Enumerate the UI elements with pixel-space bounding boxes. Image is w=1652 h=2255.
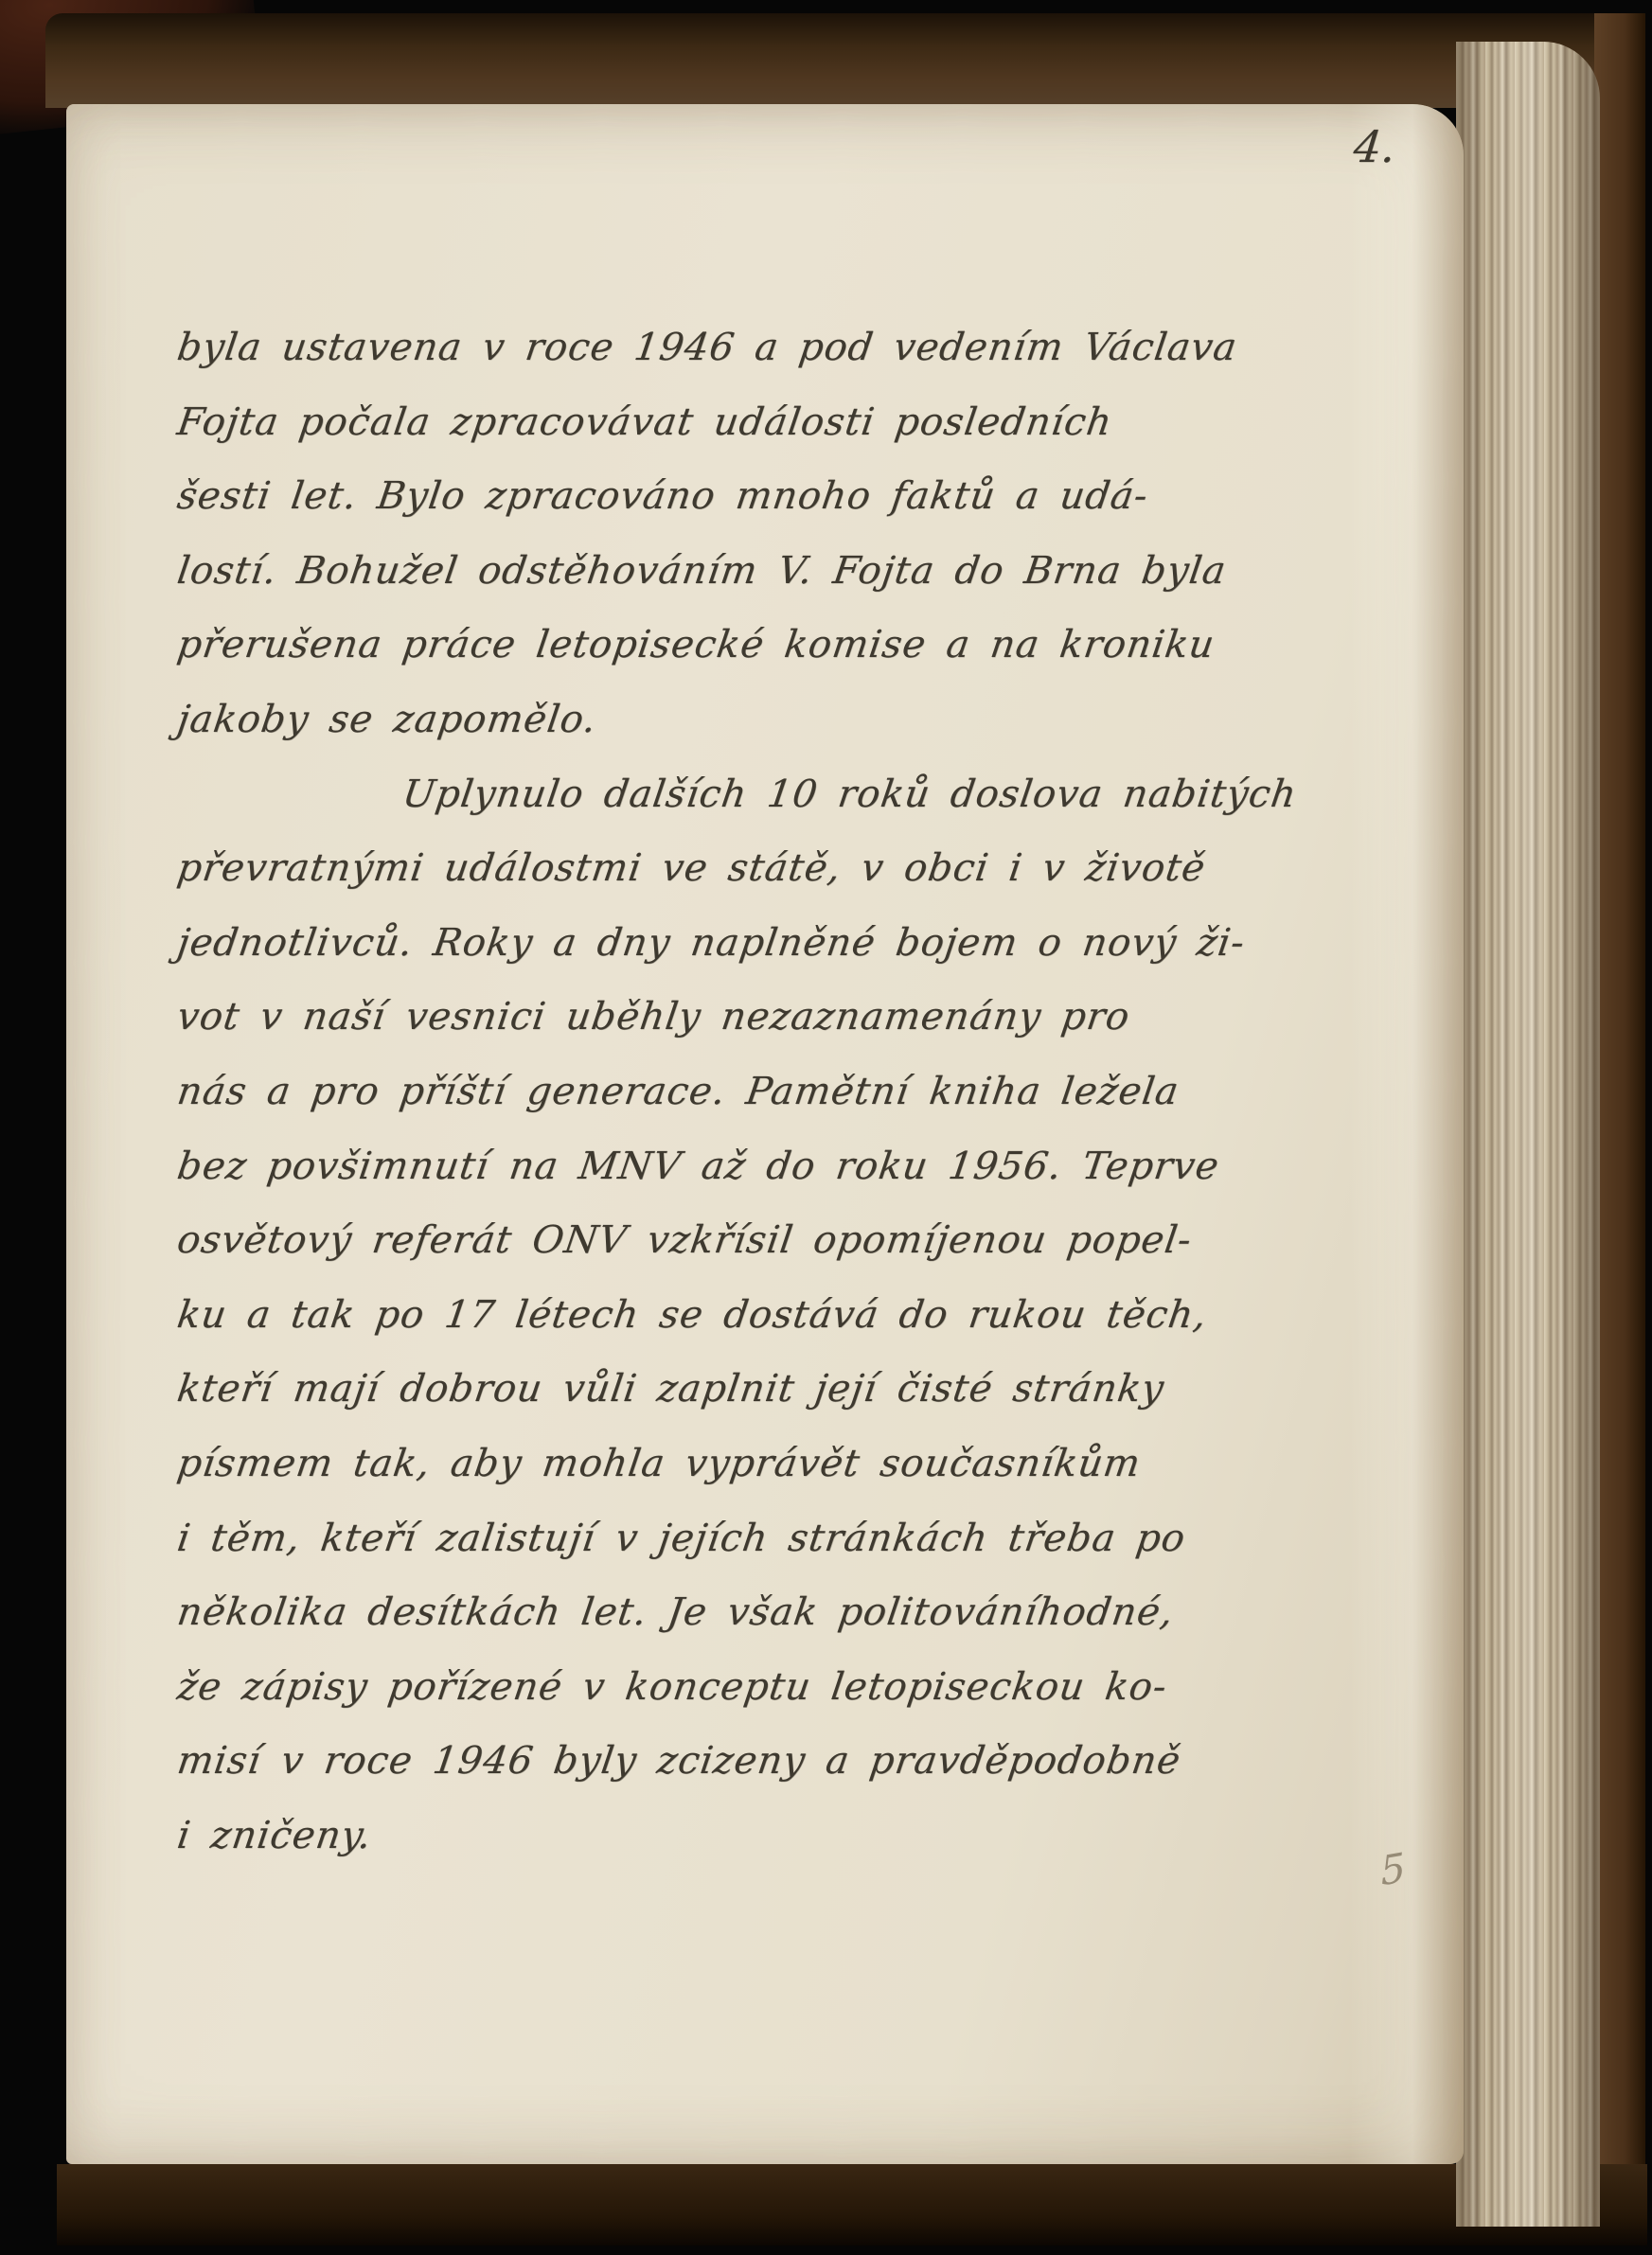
handwritten-line: jednotlivců. Roky a dny naplněné bojem o… bbox=[172, 906, 1319, 981]
handwritten-line: kteří mají dobrou vůli zaplnit její čist… bbox=[172, 1352, 1319, 1427]
handwritten-line: Fojta počala zpracovávat události posled… bbox=[172, 385, 1319, 460]
book-cover-bottom-edge bbox=[57, 2164, 1647, 2246]
handwritten-line: že zápisy pořízené v konceptu letopiseck… bbox=[172, 1650, 1319, 1725]
handwritten-line: jakoby se zapomělo. bbox=[172, 683, 1319, 757]
page-curl-shading bbox=[1350, 104, 1464, 2164]
stacked-pages-fore-edge bbox=[1456, 42, 1600, 2227]
handwritten-line: lostí. Bohužel odstěhováním V. Fojta do … bbox=[172, 534, 1319, 609]
handwritten-line: nás a pro příští generace. Pamětní kniha… bbox=[172, 1055, 1319, 1129]
handwritten-line-paragraph-start: Uplynulo dalších 10 roků doslova nabitýc… bbox=[172, 757, 1319, 832]
handwritten-line: šesti let. Bylo zpracováno mnoho faktů a… bbox=[172, 459, 1319, 534]
handwritten-line: byla ustavena v roce 1946 a pod vedením … bbox=[172, 311, 1319, 385]
page-number: 4. bbox=[1351, 121, 1398, 172]
handwritten-line: osvětový referát ONV vzkřísil opomíjenou… bbox=[172, 1203, 1319, 1278]
handwritten-line: bez povšimnutí na MNV až do roku 1956. T… bbox=[172, 1129, 1319, 1204]
pencil-mark: 5 bbox=[1378, 1844, 1407, 1895]
handwritten-line: převratnými událostmi ve státě, v obci i… bbox=[172, 831, 1319, 906]
photo-of-open-book: 4. byla ustavena v roce 1946 a pod veden… bbox=[0, 0, 1652, 2255]
handwritten-line: několika desítkách let. Je však politová… bbox=[172, 1575, 1319, 1650]
handwritten-line: i těm, kteří zalistují v jejích stránkác… bbox=[172, 1501, 1319, 1576]
handwritten-line: písmem tak, aby mohla vyprávět současník… bbox=[172, 1427, 1319, 1501]
handwritten-text-block: byla ustavena v roce 1946 a pod vedením … bbox=[172, 311, 1308, 1873]
handwritten-line: ku a tak po 17 létech se dostává do ruko… bbox=[172, 1278, 1319, 1353]
handwritten-line: přerušena práce letopisecké komise a na … bbox=[172, 608, 1319, 683]
handwritten-line: i zničeny. bbox=[172, 1799, 1319, 1873]
book-cover-top-edge bbox=[45, 13, 1645, 108]
book-cover-right-edge bbox=[1594, 13, 1645, 2246]
handwritten-line: misí v roce 1946 byly zcizeny a pravděpo… bbox=[172, 1724, 1319, 1799]
handwritten-line: vot v naší vesnici uběhly nezaznamenány … bbox=[172, 980, 1319, 1055]
